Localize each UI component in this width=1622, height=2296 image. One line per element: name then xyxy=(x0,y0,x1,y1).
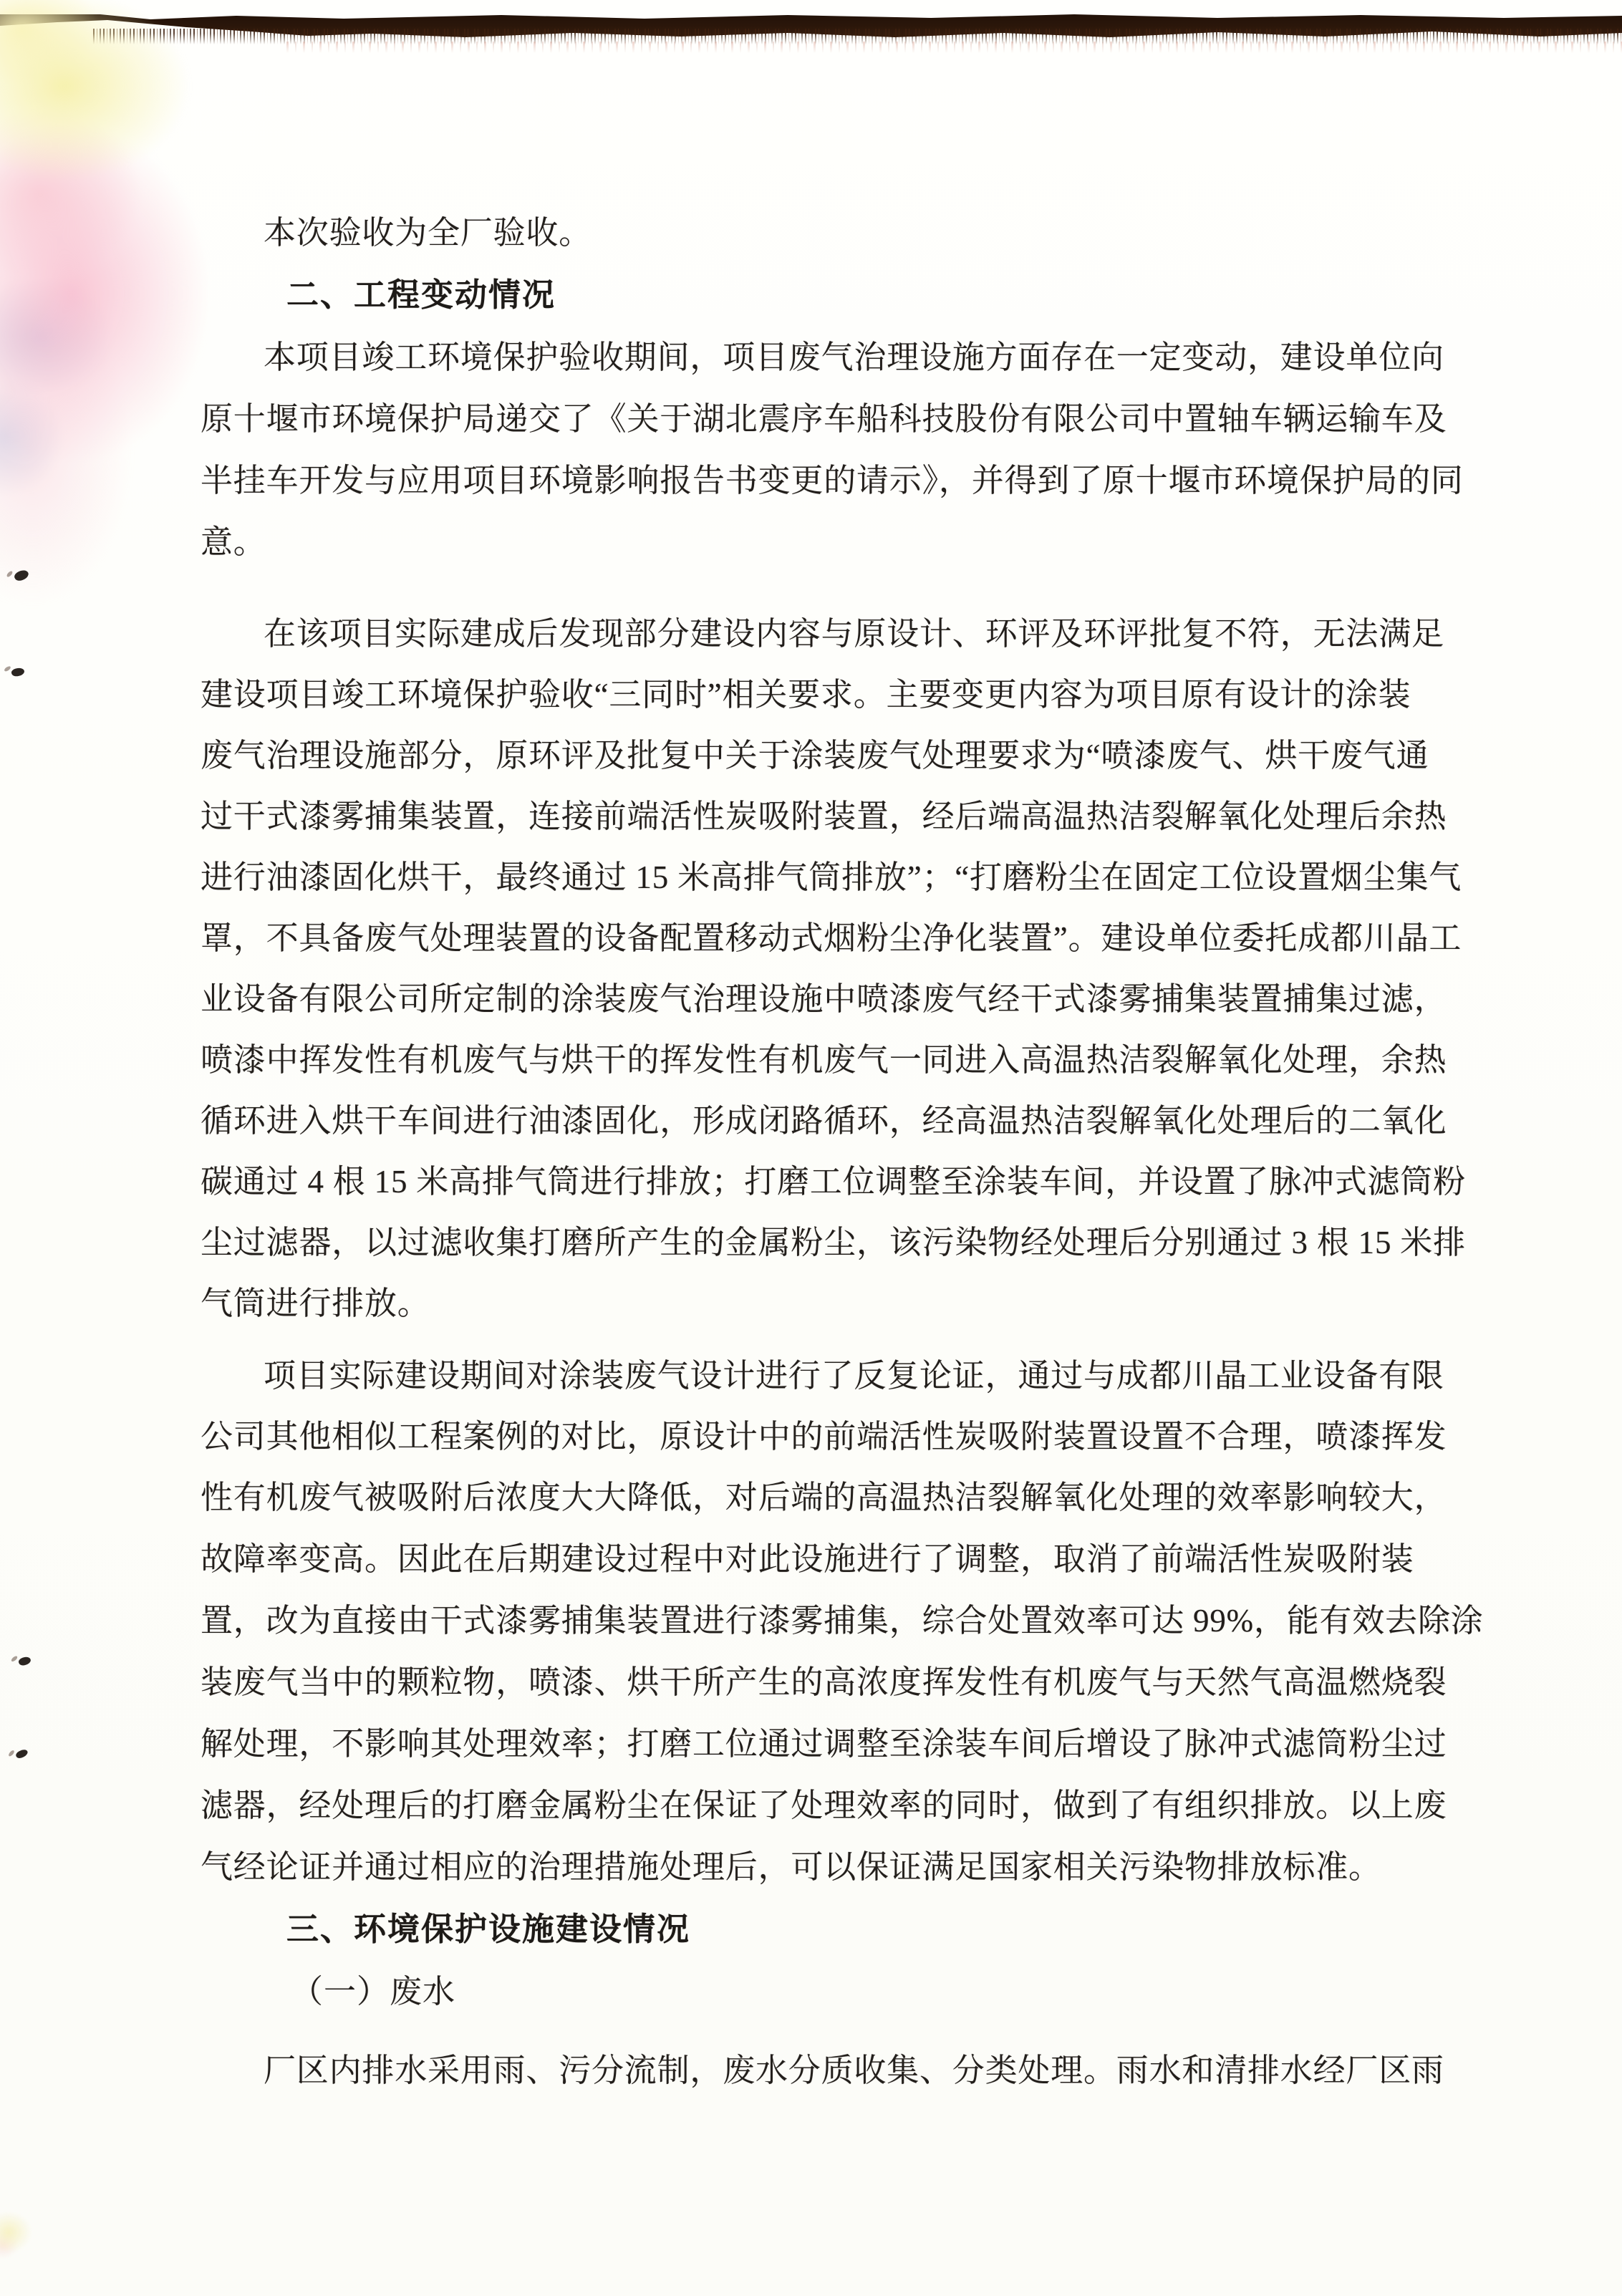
section-heading: 二、工程变动情况 xyxy=(286,278,556,312)
text-line: 性有机废气被吸附后浓度大大降低，对后端的高温热洁裂解氧化处理的效率影响较大， xyxy=(201,1481,1447,1515)
text-line: 原十堰市环境保护局递交了《关于湖北震序车船科技股份有限公司中置轴车辆运输车及 xyxy=(201,402,1447,437)
text-line: 尘过滤器，以过滤收集打磨所产生的金属粉尘，该污染物经处理后分别通过 3 根 15… xyxy=(201,1226,1466,1260)
text-line: 项目实际建设期间对涂装废气设计进行了反复论证，通过与成都川晶工业设备有限 xyxy=(264,1359,1444,1394)
text-line: 进行油漆固化烘干，最终通过 15 米高排气筒排放”；“打磨粉尘在固定工位设置烟尘… xyxy=(201,861,1462,895)
text-line: 过干式漆雾捕集装置，连接前端活性炭吸附装置，经后端高温热洁裂解氧化处理后余热 xyxy=(201,800,1447,834)
text-line: 解处理，不影响其处理效率；打磨工位通过调整至涂装车间后增设了脉冲式滤筒粉尘过 xyxy=(201,1727,1447,1762)
document-text: 本次验收为全厂验收。二、工程变动情况本项目竣工环境保护验收期间，项目废气治理设施… xyxy=(0,0,1622,2296)
text-line: 气筒进行排放。 xyxy=(201,1287,430,1321)
text-line: 循环进入烘干车间进行油漆固化，形成闭路循环，经高温热洁裂解氧化处理后的二氧化 xyxy=(201,1104,1447,1139)
text-line: 碳通过 4 根 15 米高排气筒进行排放；打磨工位调整至涂装车间，并设置了脉冲式… xyxy=(201,1165,1466,1200)
text-line: 在该项目实际建成后发现部分建设内容与原设计、环评及环评批复不符，无法满足 xyxy=(264,617,1444,652)
text-line: 半挂车开发与应用项目环境影响报告书变更的请示》，并得到了原十堰市环境保护局的同 xyxy=(201,464,1464,498)
text-line: 喷漆中挥发性有机废气与烘干的挥发性有机废气一同进入高温热洁裂解氧化处理，余热 xyxy=(201,1043,1447,1078)
sub-heading: （一）废水 xyxy=(291,1975,455,2010)
text-line: 装废气当中的颗粒物，喷漆、烘干所产生的高浓度挥发性有机废气与天然气高温燃烧裂 xyxy=(201,1666,1447,1700)
text-line: 业设备有限公司所定制的涂装废气治理设施中喷漆废气经干式漆雾捕集装置捕集过滤， xyxy=(201,983,1447,1017)
text-line: 公司其他相似工程案例的对比，原设计中的前端活性炭吸附装置设置不合理，喷漆挥发 xyxy=(201,1420,1447,1455)
text-line: 意。 xyxy=(201,526,266,560)
text-line: 罩，不具备废气处理装置的设备配置移动式烟粉尘净化装置”。建设单位委托成都川晶工 xyxy=(201,922,1462,956)
text-line: 厂区内排水采用雨、污分流制，废水分质收集、分类处理。雨水和清排水经厂区雨 xyxy=(264,2054,1444,2088)
text-line: 废气治理设施部分，原环评及批复中关于涂装废气处理要求为“喷漆废气、烘干废气通 xyxy=(201,739,1429,773)
text-line: 故障率变高。因此在后期建设过程中对此设施进行了调整，取消了前端活性炭吸附装 xyxy=(201,1543,1414,1577)
text-line: 本项目竣工环境保护验收期间，项目废气治理设施方面存在一定变动，建设单位向 xyxy=(264,341,1444,375)
text-line: 气经论证并通过相应的治理措施处理后，可以保证满足国家相关污染物排放标准。 xyxy=(201,1851,1381,1885)
text-line: 置，改为直接由干式漆雾捕集装置进行漆雾捕集，综合处置效率可达 99%，能有效去除… xyxy=(201,1604,1484,1639)
text-line: 滤器，经处理后的打磨金属粉尘在保证了处理效率的同时，做到了有组织排放。以上废 xyxy=(201,1789,1447,1823)
document-page: 本次验收为全厂验收。二、工程变动情况本项目竣工环境保护验收期间，项目废气治理设施… xyxy=(0,0,1622,2296)
text-line: 本次验收为全厂验收。 xyxy=(264,216,592,251)
text-line: 建设项目竣工环境保护验收“三同时”相关要求。主要变更内容为项目原有设计的涂装 xyxy=(201,678,1411,713)
section-heading: 三、环境保护设施建设情况 xyxy=(286,1912,690,1947)
